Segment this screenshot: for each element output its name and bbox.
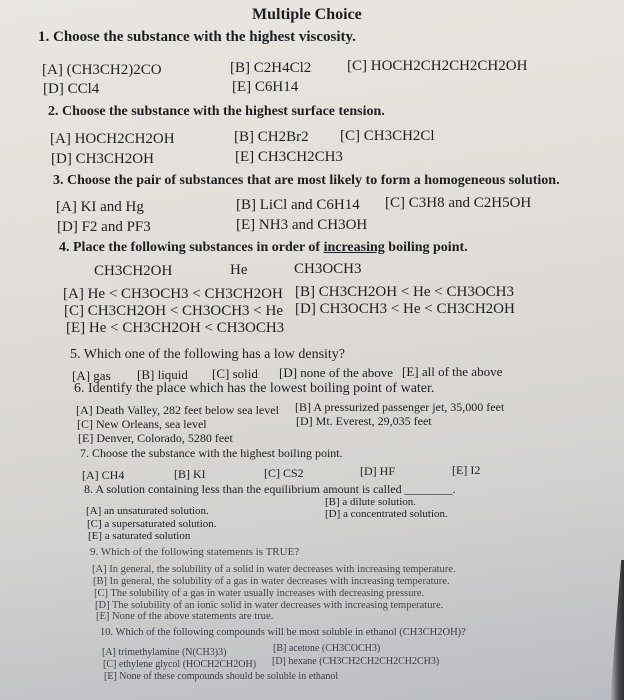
q3-option-a: [A] KI and Hg bbox=[56, 199, 144, 216]
q10-option-c: [C] ethylene glycol (HOCH2CH2OH) bbox=[103, 659, 256, 670]
question-4-emphasis: increasing bbox=[324, 240, 385, 255]
q2-option-b: [B] CH2Br2 bbox=[234, 129, 309, 146]
q4-substance-3: CH3OCH3 bbox=[294, 261, 362, 278]
q2-option-d: [D] CH3CH2OH bbox=[51, 151, 154, 168]
q8-option-a: [A] an unsaturated solution. bbox=[86, 505, 209, 517]
q4-substance-2: He bbox=[230, 262, 248, 279]
q1-option-b: [B] C2H4Cl2 bbox=[230, 60, 311, 77]
question-4-text-after: boiling point. bbox=[385, 240, 468, 255]
q4-option-e: [E] He < CH3CH2OH < CH3OCH3 bbox=[66, 320, 284, 337]
q2-option-a: [A] HOCH2CH2OH bbox=[50, 131, 175, 148]
question-3-text: 3. Choose the pair of substances that ar… bbox=[53, 173, 560, 189]
question-8-text: 8. A solution containing less than the e… bbox=[84, 482, 456, 497]
q7-option-c: [C] CS2 bbox=[264, 466, 304, 481]
q3-option-d: [D] F2 and PF3 bbox=[57, 219, 151, 236]
q10-option-e: [E] None of these compounds should be so… bbox=[104, 671, 338, 682]
q2-option-c: [C] CH3CH2Cl bbox=[340, 128, 435, 145]
q8-option-b: [B] a dilute solution. bbox=[325, 496, 416, 508]
q5-option-d: [D] none of the above bbox=[279, 365, 393, 381]
q1-option-c: [C] HOCH2CH2CH2CH2OH bbox=[347, 58, 527, 75]
q3-option-b: [B] LiCl and C6H14 bbox=[236, 197, 360, 214]
q6-option-a: [A] Death Valley, 282 feet below sea lev… bbox=[76, 403, 279, 418]
q9-option-d: [D] The solubility of an ionic solid in … bbox=[95, 600, 443, 611]
q1-option-d: [D] CCl4 bbox=[43, 81, 99, 98]
worksheet-page: Multiple Choice 1. Choose the substance … bbox=[0, 0, 624, 700]
question-1-text: 1. Choose the substance with the highest… bbox=[38, 29, 356, 46]
q3-option-c: [C] C3H8 and C2H5OH bbox=[385, 195, 531, 212]
question-4-text-before: 4. Place the following substances in ord… bbox=[59, 240, 324, 255]
page-title: Multiple Choice bbox=[252, 6, 362, 24]
q7-option-e: [E] I2 bbox=[452, 463, 480, 478]
photo-shadow-edge bbox=[610, 560, 624, 700]
q7-option-a: [A] CH4 bbox=[82, 468, 124, 483]
q3-option-e: [E] NH3 and CH3OH bbox=[236, 217, 367, 234]
question-9-text: 9. Which of the following statements is … bbox=[90, 546, 299, 558]
q6-option-d: [D] Mt. Everest, 29,035 feet bbox=[296, 414, 432, 429]
q4-option-b: [B] CH3CH2OH < He < CH3OCH3 bbox=[295, 284, 514, 301]
q7-option-b: [B] KI bbox=[174, 467, 206, 482]
q5-option-c: [C] solid bbox=[212, 366, 258, 382]
q4-option-c: [C] CH3CH2OH < CH3OCH3 < He bbox=[64, 303, 283, 320]
q10-option-d: [D] hexane (CH3CH2CH2CH2CH2CH3) bbox=[272, 656, 439, 667]
q9-option-c: [C] The solubility of a gas in water usu… bbox=[94, 588, 424, 599]
q6-option-b: [B] A pressurized passenger jet, 35,000 … bbox=[295, 400, 504, 415]
q2-option-e: [E] CH3CH2CH3 bbox=[235, 149, 343, 166]
q7-option-d: [D] HF bbox=[360, 464, 395, 479]
q4-option-d: [D] CH3OCH3 < He < CH3CH2OH bbox=[295, 301, 515, 318]
q1-option-a: [A] (CH3CH2)2CO bbox=[42, 62, 162, 79]
q4-option-a: [A] He < CH3OCH3 < CH3CH2OH bbox=[63, 286, 283, 303]
q5-option-e: [E] all of the above bbox=[402, 364, 502, 380]
question-10-text: 10. Which of the following compounds wil… bbox=[100, 627, 466, 638]
q8-option-c: [C] a supersaturated solution. bbox=[87, 518, 217, 530]
question-4-text: 4. Place the following substances in ord… bbox=[59, 240, 468, 256]
q9-option-b: [B] In general, the solubility of a gas … bbox=[93, 576, 450, 587]
q10-option-b: [B] acetone (CH3COCH3) bbox=[273, 643, 380, 654]
q9-option-e: [E] None of the above statements are tru… bbox=[96, 611, 273, 622]
q10-option-a: [A] trimethylamine (N(CH3)3) bbox=[102, 647, 226, 658]
question-6-text: 6. Identify the place which has the lowe… bbox=[74, 381, 434, 397]
q1-option-e: [E] C6H14 bbox=[232, 79, 298, 96]
q6-option-e: [E] Denver, Colorado, 5280 feet bbox=[78, 431, 233, 446]
q4-substance-1: CH3CH2OH bbox=[94, 263, 172, 280]
q8-option-d: [D] a concentrated solution. bbox=[325, 508, 448, 520]
question-7-text: 7. Choose the substance with the highest… bbox=[80, 446, 343, 461]
q8-option-e: [E] a saturated solution bbox=[88, 530, 190, 542]
q6-option-c: [C] New Orleans, sea level bbox=[77, 417, 207, 432]
q9-option-a: [A] In general, the solubility of a soli… bbox=[92, 564, 456, 575]
question-5-text: 5. Which one of the following has a low … bbox=[70, 347, 345, 363]
question-2-text: 2. Choose the substance with the highest… bbox=[48, 104, 385, 120]
